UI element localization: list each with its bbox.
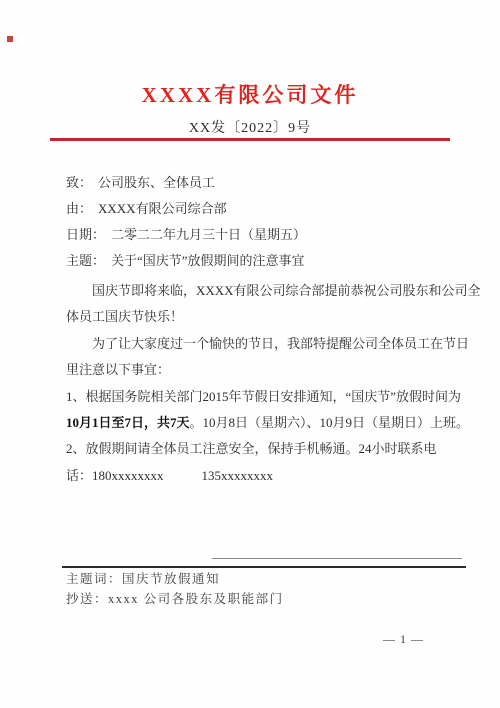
meta-block: 致：公司股东、全体员工 由：XXXX有限公司综合部 日期：二零二二年九月三十日（… — [66, 170, 470, 274]
meta-row-to: 致：公司股东、全体员工 — [66, 170, 470, 196]
body-line-6: 10月1日至7日，共7天。10月8日（星期六）、10月9日（星期日）上班。 — [66, 410, 470, 436]
cc-value: xxxx 公司各股东及职能部门 — [108, 592, 284, 606]
body-line-2: 体员工国庆节快乐！ — [66, 304, 470, 330]
meta-row-subject: 主题：关于“国庆节”放假期间的注意事宜 — [66, 248, 470, 274]
phone-number-1: 180xxxxxxxx — [92, 468, 164, 483]
red-separator-line — [50, 138, 450, 141]
phone-number-2: 135xxxxxxxx — [202, 468, 274, 483]
keywords-label: 主题词： — [66, 572, 122, 586]
meta-label-subject: 主题： — [66, 253, 105, 268]
meta-row-from: 由：XXXX有限公司综合部 — [66, 196, 470, 222]
meta-value-from: XXXX有限公司综合部 — [98, 201, 227, 216]
footer-separator-line — [62, 566, 466, 568]
footer-cc-row: 抄送：xxxx 公司各股东及职能部门 — [66, 590, 284, 608]
meta-label-to: 致： — [66, 175, 92, 190]
meta-row-date: 日期：二零二二年九月三十日（星期五） — [66, 222, 470, 248]
meta-value-date: 二零二二年九月三十日（星期五） — [111, 227, 306, 242]
holiday-dates-bold: 10月1日至7日，共7天 — [66, 415, 190, 430]
cc-label: 抄送： — [66, 592, 108, 606]
body-line-4: 里注意以下事宜： — [66, 357, 470, 383]
body-line-7: 2、放假期间请全体员工注意安全，保持手机畅通。24小时联系电 — [66, 436, 470, 462]
body-line-5: 1、根据国务院相关部门2015年节假日安排通知，“国庆节”放假时间为 — [66, 384, 470, 410]
holiday-dates-rest: 。10月8日（星期六）、10月9日（星期日）上班。 — [190, 415, 470, 430]
meta-label-from: 由： — [66, 201, 92, 216]
page-number: — 1 — — [383, 632, 424, 647]
document-title: XXXX有限公司文件 — [0, 79, 500, 109]
keywords-value: 国庆节放假通知 — [122, 572, 220, 586]
footer-thin-rule — [212, 558, 462, 559]
phone-label: 话： — [66, 468, 92, 483]
document-page: XXXX有限公司文件 XX发〔2022〕9号 致：公司股东、全体员工 由：XXX… — [0, 0, 500, 708]
body-line-3: 为了让大家度过一个愉快的节日，我部特提醒公司全体员工在节日 — [66, 331, 470, 357]
meta-value-to: 公司股东、全体员工 — [98, 175, 215, 190]
meta-label-date: 日期： — [66, 227, 105, 242]
body-paragraphs: 国庆节即将来临，XXXX有限公司综合部提前恭祝公司股东和公司全 体员工国庆节快乐… — [66, 278, 470, 489]
body-line-1: 国庆节即将来临，XXXX有限公司综合部提前恭祝公司股东和公司全 — [66, 278, 470, 304]
body-line-8: 话：180xxxxxxxx135xxxxxxxx — [66, 463, 470, 489]
footer-keywords-row: 主题词：国庆节放假通知 — [66, 570, 220, 588]
corner-red-mark — [7, 36, 13, 42]
meta-value-subject: 关于“国庆节”放假期间的注意事宜 — [111, 253, 305, 268]
document-number: XX发〔2022〕9号 — [0, 117, 500, 137]
